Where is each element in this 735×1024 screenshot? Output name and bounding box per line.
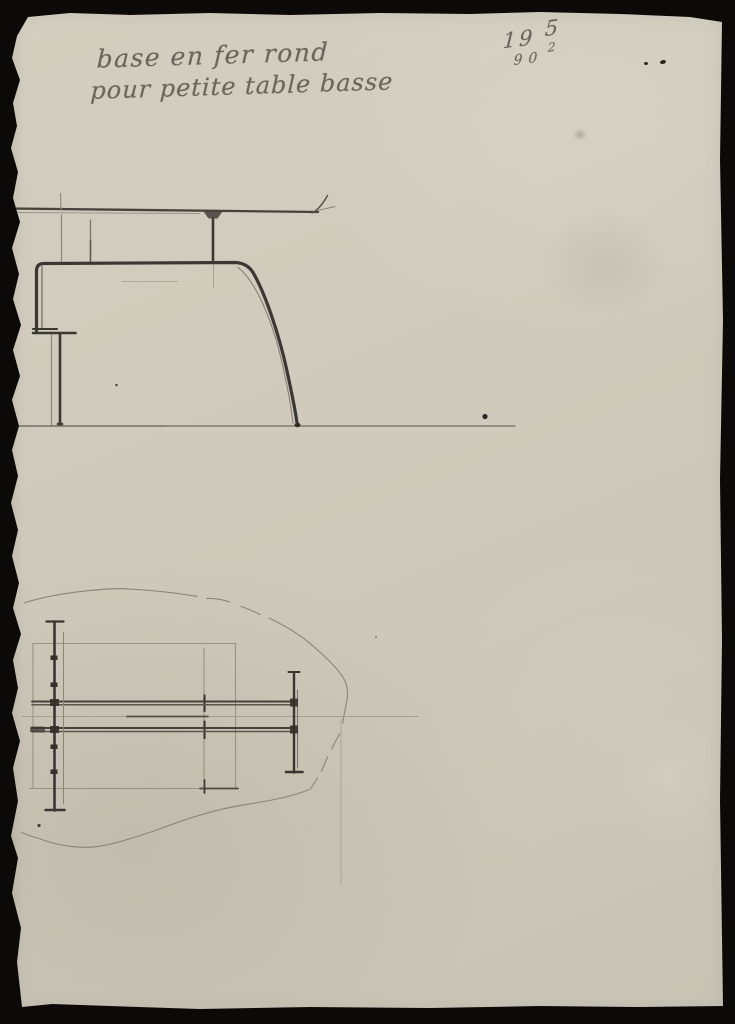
handwritten-annotation: base en fer rond pour petite table basse: [95, 35, 395, 104]
tabletop-line: [12, 209, 318, 213]
catalog-fraction-bottom: 2: [547, 40, 555, 55]
ink-dot: [482, 414, 487, 419]
left-t-bar: [46, 622, 65, 811]
catalog-fraction-top: 5: [544, 15, 559, 41]
curve-foot-blob: [295, 423, 301, 427]
guide-tick: [61, 194, 62, 211]
right-t-bar: [286, 672, 303, 773]
leg-foot: [57, 422, 64, 426]
pencil-dot: [115, 384, 118, 387]
freehand-outline: [22, 589, 348, 848]
right-post-joint: [204, 212, 223, 219]
catalog-second-line: 90: [513, 49, 543, 69]
tabletop-end-tail: [318, 207, 335, 211]
catalog-number: 19 5 2 90: [501, 13, 574, 82]
frame-inner-curve: [238, 268, 293, 424]
plan-sketch: [22, 589, 419, 885]
pencil-dot: [37, 824, 40, 827]
sketches-svg: [0, 0, 735, 1024]
pencil-speck: [375, 636, 377, 638]
ink-speck: [644, 62, 648, 65]
scan-background: base en fer rond pour petite table basse…: [0, 0, 735, 1024]
elevation-sketch: [12, 194, 515, 428]
tabletop-underline: [12, 213, 200, 214]
catalog-prefix: 19: [502, 25, 536, 53]
paper-sheet: base en fer rond pour petite table basse…: [0, 0, 735, 1024]
frame-outline: [37, 263, 298, 426]
construction-rectangle: [30, 644, 238, 793]
